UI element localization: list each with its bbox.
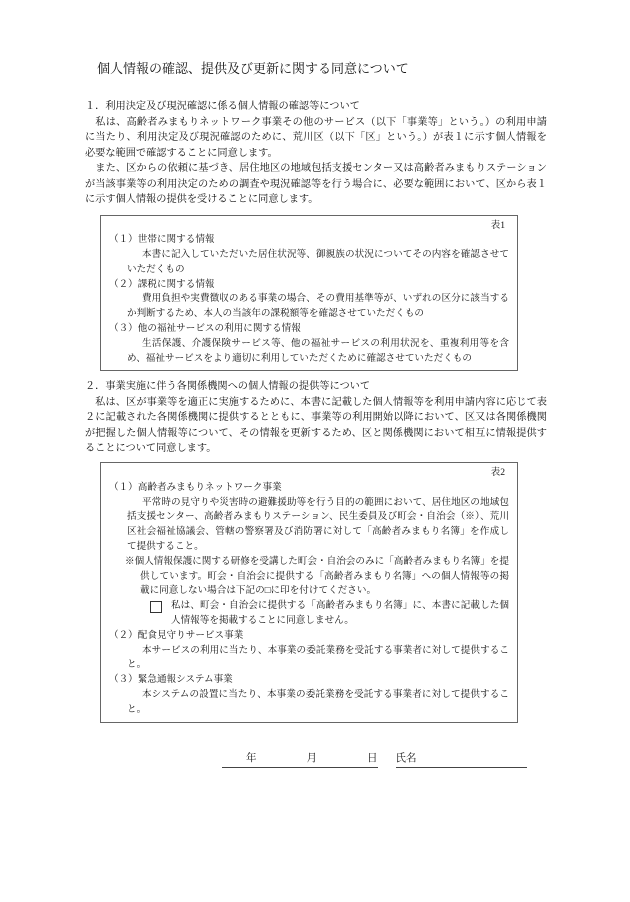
section-2-paragraph: 私は、区が事業等を適正に実施するために、本書に記載した個人情報等を利用申請内容に… (85, 395, 547, 457)
table-1-item: （３）他の福祉サービスの利用に関する情報 生活保護、介護保険サービス等、他の福祉… (109, 322, 509, 366)
table-1-item-heading: （３）他の福祉サービスの利用に関する情報 (109, 322, 509, 337)
section-2-heading: ２．事業実施に伴う各関係機関への個人情報の提供等について (85, 379, 547, 395)
name-label: 氏名 (396, 753, 417, 764)
page-title: 個人情報の確認、提供及び更新に関する同意について (97, 60, 547, 78)
table-2-item-heading: （３）緊急通報システム事業 (109, 673, 509, 688)
year-label: 年 (246, 753, 257, 764)
table-1-label: 表1 (109, 219, 509, 234)
section-2: ２．事業実施に伴う各関係機関への個人情報の提供等について 私は、区が事業等を適正… (85, 379, 547, 457)
consent-opt-out-checkbox[interactable] (150, 601, 162, 613)
table-1-item: （２）課税に関する情報 費用負担や実費徴収のある事業の場合、その費用基準等が、い… (109, 278, 509, 322)
table-1-item: （１）世帯に関する情報 本書に記入していただいた居住状況等、御親族の状況について… (109, 233, 509, 277)
month-label: 月 (307, 753, 318, 764)
table-2-item-body: 本システムの設置に当たり、本事業の委託業務を受託する事業者に対して提供すること。 (127, 688, 509, 718)
table-2-box: 表2 （１）高齢者みまもりネットワーク事業 平常時の見守りや災害時の避難援助等を… (100, 462, 518, 723)
table-1-item-body: 費用負担や実費徴収のある事業の場合、その費用基準等が、いずれの区分に該当するか判… (127, 292, 509, 322)
name-field[interactable] (417, 751, 527, 761)
table-2-item-heading: （１）高齢者みまもりネットワーク事業 (109, 481, 509, 496)
table-2-label: 表2 (109, 466, 509, 481)
table-1-item-heading: （２）課税に関する情報 (109, 278, 509, 293)
opt-out-row: 私は、町会・自治会に提供する「高齢者みまもり名簿」に、本書に記載した個人情報等を… (150, 599, 509, 629)
signature-date-line[interactable]: 年月日 (222, 751, 378, 768)
table-2-item: （１）高齢者みまもりネットワーク事業 平常時の見守りや災害時の避難援助等を行う目… (109, 481, 509, 629)
day-label: 日 (367, 753, 378, 764)
table-2-item-body: 本サービスの利用に当たり、本事業の委託業務を受託する事業者に対して提供すること。 (127, 644, 509, 674)
month-field[interactable] (257, 751, 307, 761)
opt-out-label: 私は、町会・自治会に提供する「高齢者みまもり名簿」に、本書に記載した個人情報等を… (171, 599, 509, 629)
table-1-box: 表1 （１）世帯に関する情報 本書に記入していただいた居住状況等、御親族の状況に… (100, 215, 518, 372)
table-1-item-body: 生活保護、介護保険サービス等、他の福祉サービスの利用状況を、重複利用等を含め、福… (127, 337, 509, 367)
day-field[interactable] (317, 751, 367, 761)
table-2-item-heading: （２）配食見守りサービス事業 (109, 629, 509, 644)
signature-row: 年月日氏名 (222, 751, 547, 768)
table-2-item-note: ※個人情報保護に関する研修を受講した町会・自治会のみに「高齢者みまもり名簿」を提… (140, 555, 509, 599)
section-1-heading: １．利用決定及び現況確認に係る個人情報の確認等について (85, 99, 547, 115)
section-1: １．利用決定及び現況確認に係る個人情報の確認等について 私は、高齢者みまもりネッ… (85, 99, 547, 208)
document-page: 個人情報の確認、提供及び更新に関する同意について １．利用決定及び現況確認に係る… (0, 0, 630, 902)
section-1-paragraph: 私は、高齢者みまもりネットワーク事業その他のサービス（以下「事業等」という。）の… (85, 115, 547, 162)
signature-name-line[interactable]: 氏名 (396, 751, 527, 768)
table-2-item-body: 平常時の見守りや災害時の避難援助等を行う目的の範囲において、居住地区の地域包括支… (127, 496, 509, 555)
table-2-item: （２）配食見守りサービス事業 本サービスの利用に当たり、本事業の委託業務を受託す… (109, 629, 509, 673)
section-1-paragraph: また、区からの依頼に基づき、居住地区の地域包括支援センター又は高齢者みまもりステ… (85, 161, 547, 208)
table-1-item-body: 本書に記入していただいた居住状況等、御親族の状況についてその内容を確認させていた… (127, 248, 509, 278)
document-content: 個人情報の確認、提供及び更新に関する同意について １．利用決定及び現況確認に係る… (85, 0, 547, 768)
year-field[interactable] (222, 751, 246, 761)
table-2-item: （３）緊急通報システム事業 本システムの設置に当たり、本事業の委託業務を受託する… (109, 673, 509, 717)
table-1-item-heading: （１）世帯に関する情報 (109, 233, 509, 248)
